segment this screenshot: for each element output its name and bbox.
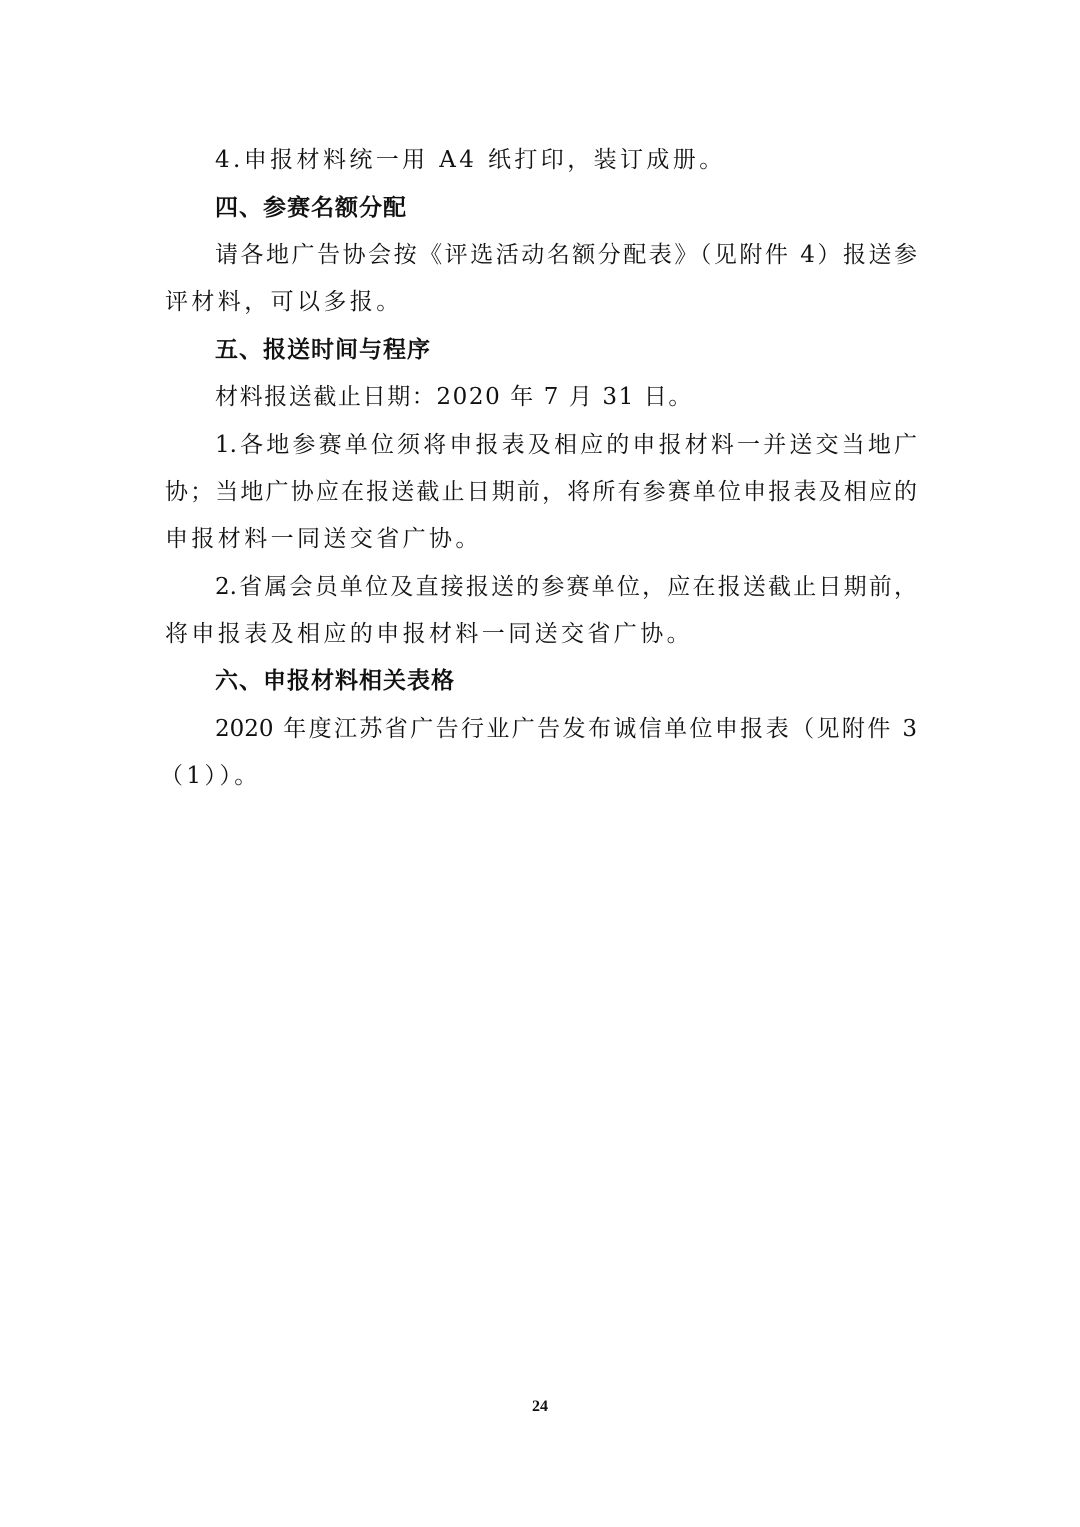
paragraph-quota-line-2: 评材料，可以多报。 xyxy=(165,287,403,317)
document-page: 4.申报材料统一用 A4 纸打印，装订成册。 四、参赛名额分配 请各地广告协会按… xyxy=(0,0,1080,1527)
section-heading-submission-time: 五、报送时间与程序 xyxy=(215,335,431,365)
section-heading-related-forms: 六、申报材料相关表格 xyxy=(215,666,455,696)
list-item-1-line-1: 1.各地参赛单位须将申报表及相应的申报材料一并送交当地广 xyxy=(215,430,917,460)
paragraph-quota-line-1: 请各地广告协会按《评选活动名额分配表》（见附件 4）报送参 xyxy=(215,240,917,270)
list-item-1-line-3: 申报材料一同送交省广协。 xyxy=(165,524,482,554)
list-item-4: 4.申报材料统一用 A4 纸打印，装订成册。 xyxy=(215,145,726,175)
section-heading-quota-allocation: 四、参赛名额分配 xyxy=(215,193,407,223)
paragraph-forms-line-2: （1））。 xyxy=(160,761,261,791)
list-item-2-line-1: 2.省属会员单位及直接报送的参赛单位，应在报送截止日期前， xyxy=(215,572,917,602)
list-item-2-line-2: 将申报表及相应的申报材料一同送交省广协。 xyxy=(165,619,693,649)
page-number: 24 xyxy=(0,1398,1080,1416)
paragraph-forms-line-1: 2020 年度江苏省广告行业广告发布诚信单位申报表（见附件 3 xyxy=(215,714,917,744)
list-item-1-line-2: 协；当地广协应在报送截止日期前，将所有参赛单位申报表及相应的 xyxy=(165,477,917,507)
deadline-text: 材料报送截止日期：2020 年 7 月 31 日。 xyxy=(215,382,693,412)
